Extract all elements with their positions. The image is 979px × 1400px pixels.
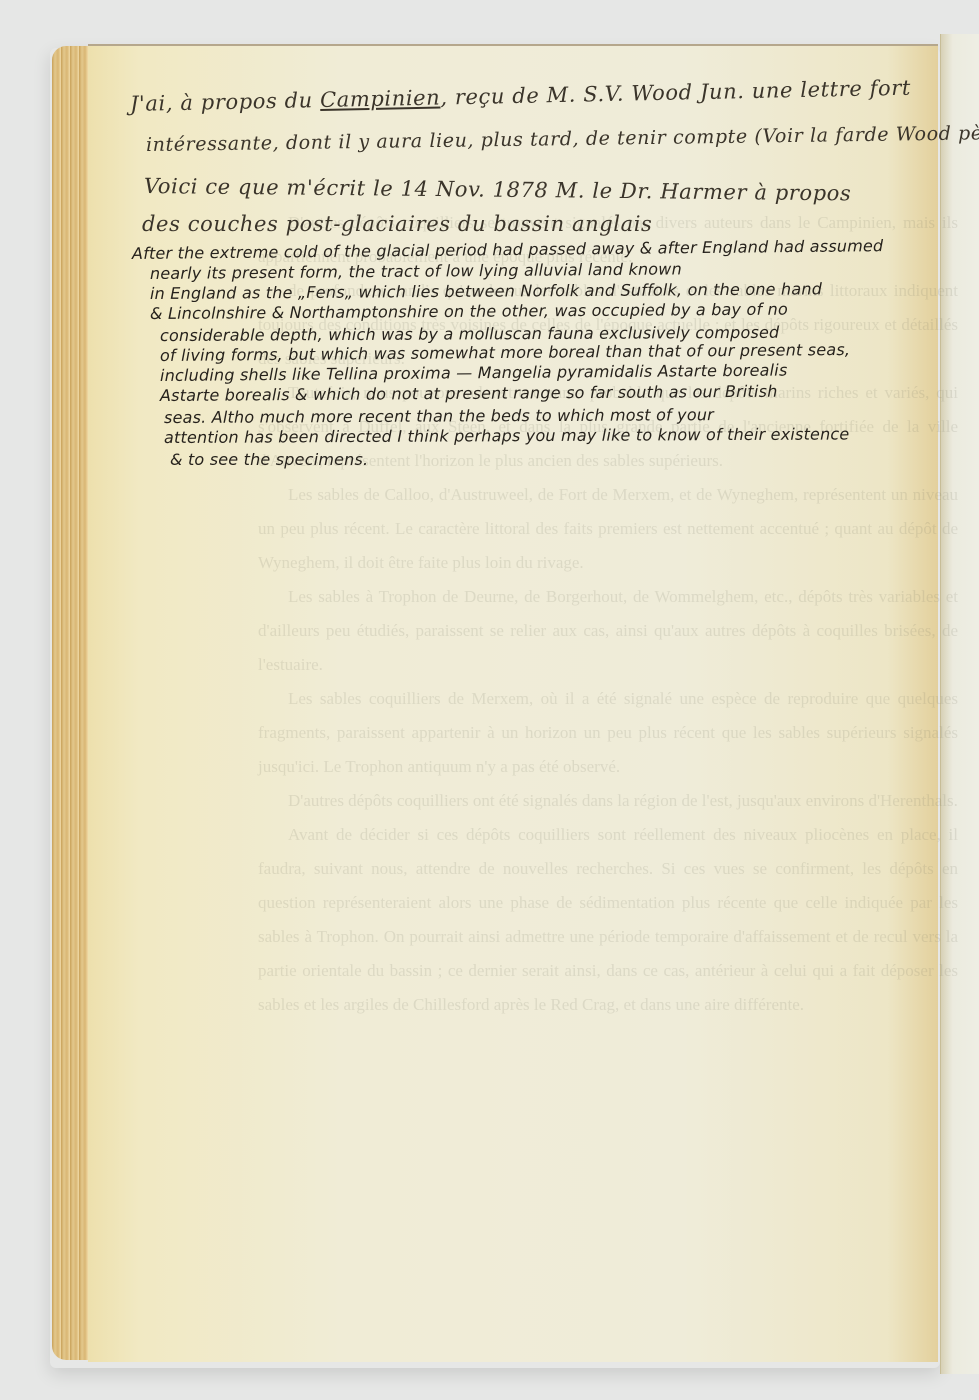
bleed-through-paragraph: D'autres dépôts coquilliers ont été sign… bbox=[258, 784, 958, 818]
french-note-line-4: des couches post-glaciaires du bassin an… bbox=[142, 212, 652, 236]
bleed-through-paragraph: Les sables coquilliers de Merxem, où il … bbox=[258, 682, 958, 784]
french-note-line-3: Voici ce que m'écrit le 14 Nov. 1878 M. … bbox=[144, 174, 852, 205]
french-note-text: J'ai, à propos du bbox=[130, 88, 313, 116]
french-note-line-2: intéressante, dont il y aura lieu, plus … bbox=[146, 122, 979, 156]
letter-line-9: seas. Altho much more recent than the be… bbox=[164, 405, 714, 427]
french-note-text: , reçu de M. S.V. Wood Jun. une lettre f… bbox=[440, 76, 911, 110]
bleed-through-paragraph: Avant de décider si ces dépôts coquillie… bbox=[258, 818, 958, 1022]
bleed-through-paragraph: Les sables de Calloo, d'Austruweel, de F… bbox=[258, 478, 958, 580]
campinien-underlined: Campinien bbox=[320, 86, 441, 113]
letter-line-11: & to see the specimens. bbox=[170, 450, 368, 469]
manuscript-page: D'autres dépôts coquilliers se trouvent … bbox=[88, 44, 938, 1362]
letter-line-10: attention has been directed I think perh… bbox=[164, 424, 850, 447]
french-note-line-1: J'ai, à propos du Campinien, reçu de M. … bbox=[130, 76, 911, 116]
bleed-through-paragraph: Les sables à Trophon de Deurne, de Borge… bbox=[258, 580, 958, 682]
